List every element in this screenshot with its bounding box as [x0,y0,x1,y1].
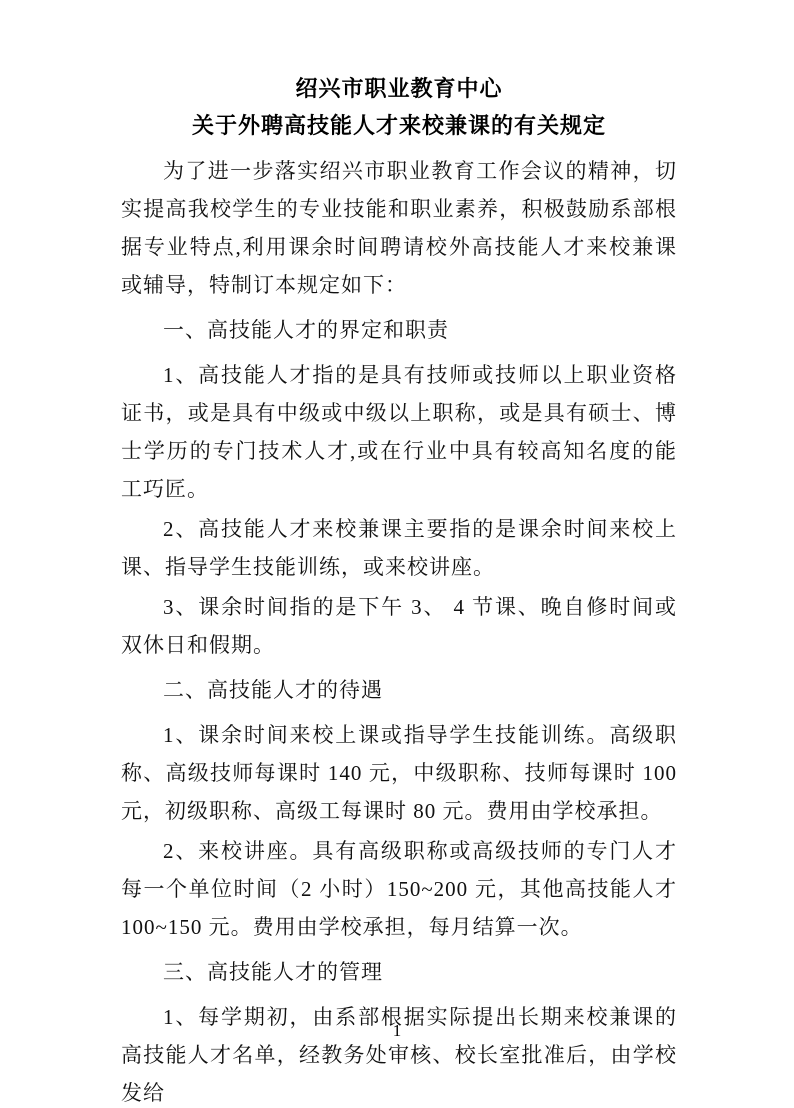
section-heading: 一、高技能人才的界定和职责 [121,311,677,349]
document-title-line2: 关于外聘高技能人才来校兼课的有关规定 [121,107,677,144]
paragraph: 1、高技能人才指的是具有技师或技师以上职业资格证书，或是具有中级或中级以上职称，… [121,356,677,508]
section-heading: 三、高技能人才的管理 [121,953,677,991]
paragraph: 2、来校讲座。具有高级职称或高级技师的专门人才每一个单位时间（2 小时）150~… [121,832,677,946]
document-body: 为了进一步落实绍兴市职业教育工作会议的精神，切实提高我校学生的专业技能和职业素养… [121,152,677,1108]
page-number: 1 [393,1021,402,1040]
document-title-line1: 绍兴市职业教育中心 [121,70,677,107]
document-page: 绍兴市职业教育中心 关于外聘高技能人才来校兼课的有关规定 为了进一步落实绍兴市职… [0,0,794,1108]
paragraph: 1、每学期初，由系部根据实际提出长期来校兼课的高技能人才名单，经教务处审核、校长… [121,998,677,1108]
paragraph: 1、课余时间来校上课或指导学生技能训练。高级职称、高级技师每课时 140 元，中… [121,716,677,830]
document-content: 绍兴市职业教育中心 关于外聘高技能人才来校兼课的有关规定 为了进一步落实绍兴市职… [121,70,677,1108]
paragraph: 2、高技能人才来校兼课主要指的是课余时间来校上课、指导学生技能训练，或来校讲座。 [121,510,677,586]
paragraph: 为了进一步落实绍兴市职业教育工作会议的精神，切实提高我校学生的专业技能和职业素养… [121,152,677,304]
page-footer: 1 [0,1020,794,1042]
paragraph: 3、课余时间指的是下午 3、 4 节课、晚自修时间或双休日和假期。 [121,588,677,664]
document-header: 绍兴市职业教育中心 关于外聘高技能人才来校兼课的有关规定 [121,70,677,144]
section-heading: 二、高技能人才的待遇 [121,671,677,709]
